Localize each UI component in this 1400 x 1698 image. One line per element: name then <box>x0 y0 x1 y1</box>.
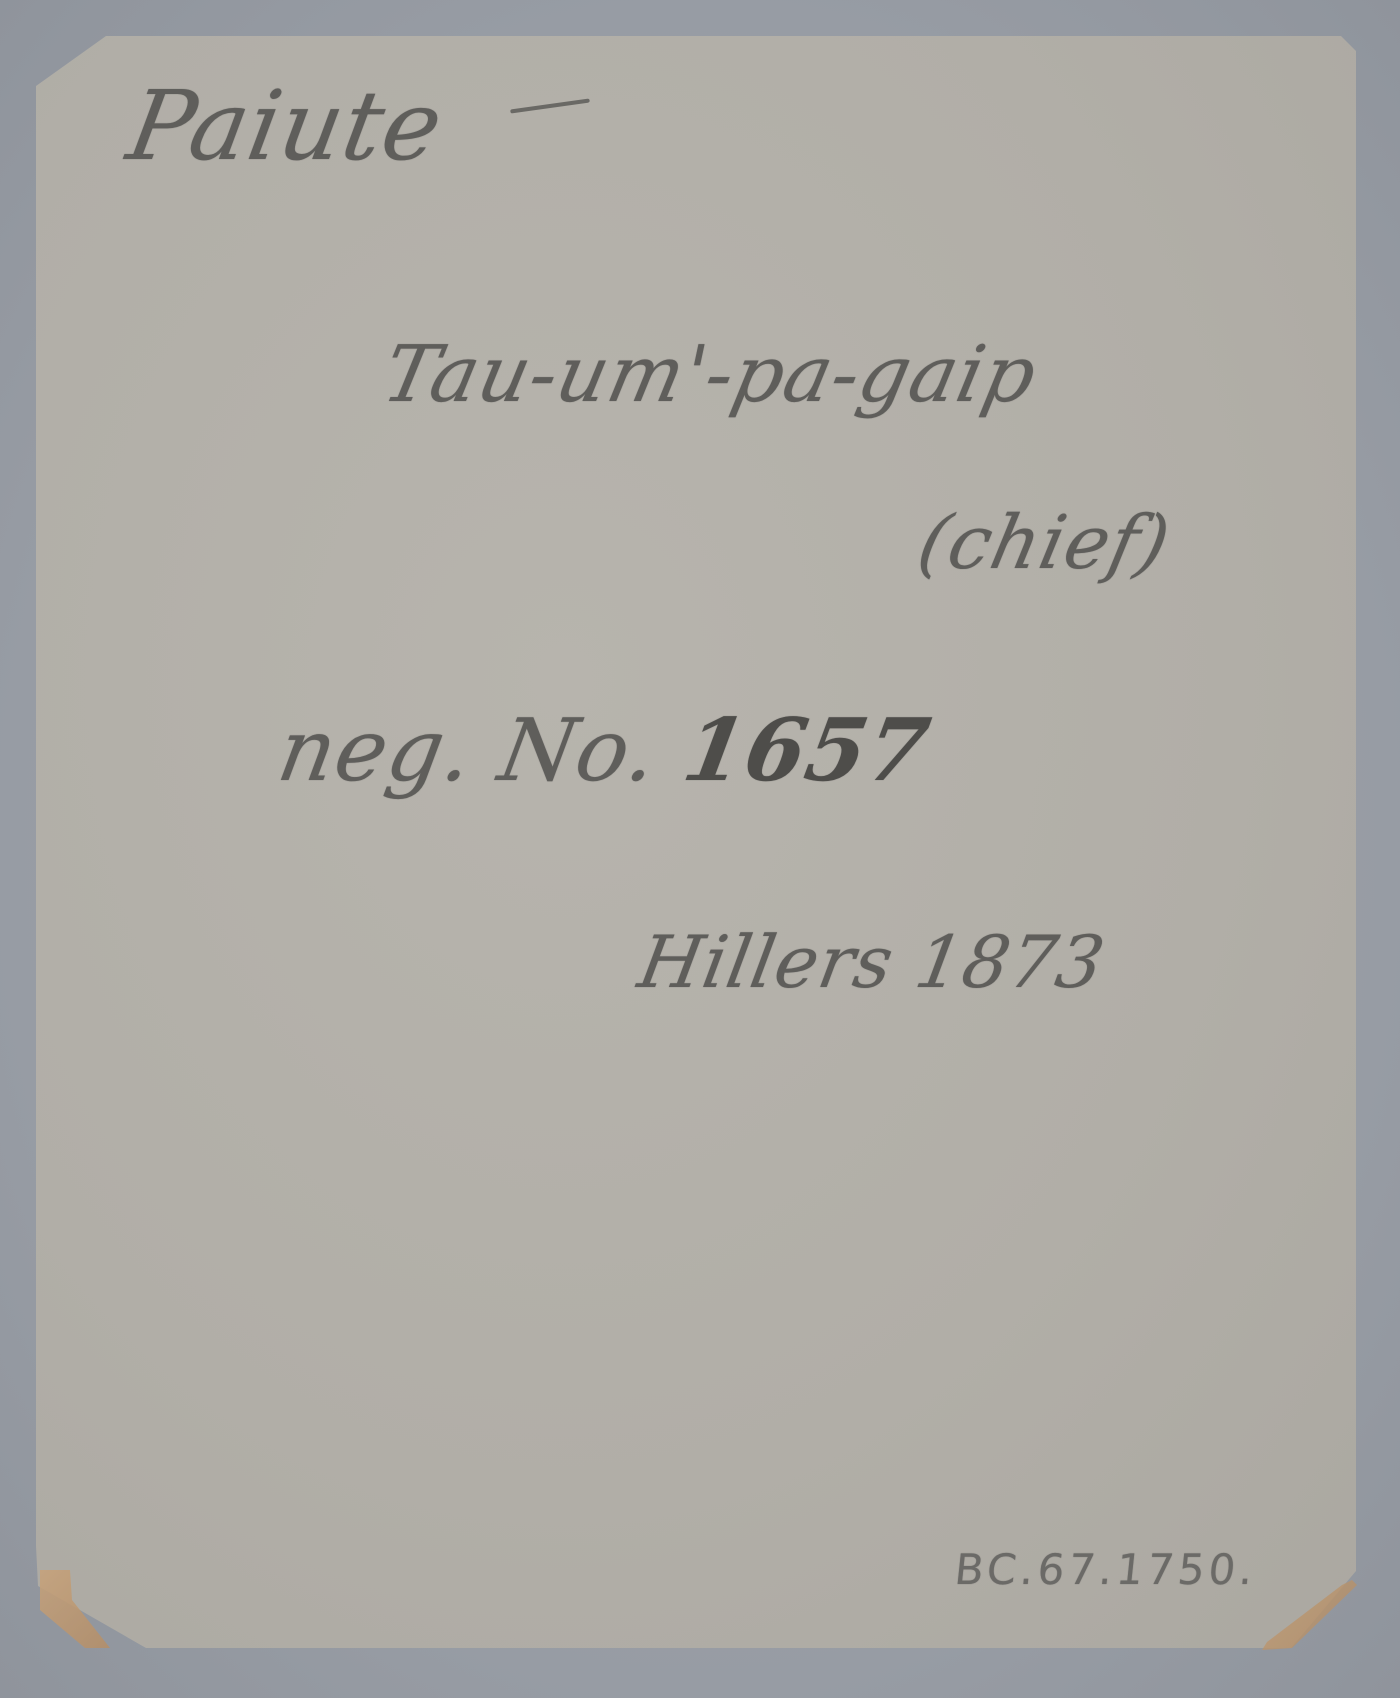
accession-number: BC.67.1750. <box>952 1545 1259 1594</box>
subject-name-annotation: Tau-um'-pa-gaip <box>375 330 1044 420</box>
negative-number-annotation: neg. No. 1657 <box>271 700 937 801</box>
tribe-annotation: Paiute <box>120 70 451 182</box>
photo-card-verso <box>36 36 1356 1648</box>
photographer-year-annotation: Hillers 1873 <box>633 920 1112 1004</box>
negative-number: 1657 <box>676 700 937 801</box>
negative-label: neg. No. <box>271 701 665 801</box>
subject-role-annotation: (chief) <box>911 500 1178 586</box>
